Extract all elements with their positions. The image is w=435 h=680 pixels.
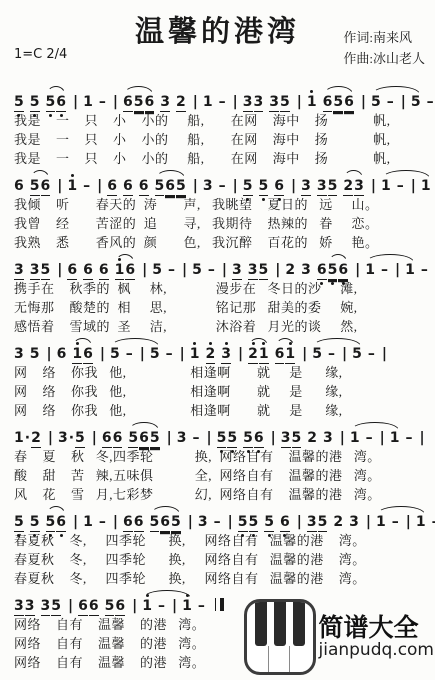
note: 1 bbox=[285, 347, 295, 364]
piano-keys-icon bbox=[244, 599, 316, 675]
note-group: 5 bbox=[152, 262, 168, 278]
notation-line: 5556|1–|66565|3–|5556|3523|1–|1–| bbox=[14, 504, 435, 531]
barline: | bbox=[382, 347, 387, 362]
slur-group: 1–|1 bbox=[381, 178, 435, 194]
note-group: | bbox=[166, 430, 177, 446]
note-group: – bbox=[193, 430, 206, 446]
lyric-row: 我熟 悉 香风的 颜 色, 我沉醉 百花的 娇 艳。 bbox=[14, 233, 435, 252]
note: 5 bbox=[328, 263, 338, 280]
note-group: | bbox=[56, 178, 67, 194]
note-group: 3 bbox=[177, 430, 193, 446]
note: 5 bbox=[46, 515, 56, 532]
note: 2 bbox=[206, 347, 216, 364]
slur-group: 21 bbox=[248, 346, 275, 364]
note-group: | bbox=[370, 178, 381, 194]
note-group: 3 bbox=[349, 514, 365, 530]
note: 6 bbox=[323, 95, 333, 112]
sheet-music-page: 温馨的港湾 作词:南来风 作曲:冰山老人 1=C 2/4 5556|1–|656… bbox=[0, 0, 435, 680]
note: 3 bbox=[14, 347, 24, 362]
note-group: | bbox=[237, 346, 248, 362]
note-group: 1 bbox=[83, 94, 99, 110]
note-group: – bbox=[219, 94, 232, 110]
score-system: 335|66616|5–|5–|335|23656|1–|1–|携手在 秋季的 … bbox=[14, 252, 435, 336]
note: 6 bbox=[125, 263, 135, 280]
duration-dash: – bbox=[198, 599, 205, 614]
note: 6 bbox=[113, 431, 123, 448]
note-group: | bbox=[339, 430, 350, 446]
duration-dash: – bbox=[219, 179, 226, 194]
slur-group: 61 bbox=[275, 346, 302, 364]
barline: | bbox=[228, 515, 233, 530]
piano-black-key bbox=[255, 600, 267, 646]
note: 1 bbox=[259, 347, 269, 364]
note: 1 bbox=[307, 95, 317, 110]
notation-line: 35|616|5–|5–|123|2161|5–|5–| bbox=[14, 336, 435, 363]
note: 1 bbox=[182, 599, 192, 614]
barline: | bbox=[188, 515, 193, 530]
barline: | bbox=[222, 263, 227, 278]
barline: | bbox=[340, 431, 345, 446]
lyric-row: 春夏秋 冬, 四季轮 换, 网络自有 温馨的港 湾。 bbox=[14, 531, 435, 550]
note: 6 bbox=[338, 263, 348, 280]
note: 3 bbox=[307, 515, 317, 532]
note-group: | bbox=[131, 598, 142, 614]
note: 2 bbox=[31, 431, 41, 448]
slur-group: 1–|1 bbox=[365, 262, 421, 278]
barline: | bbox=[140, 347, 145, 362]
note: 5 bbox=[259, 263, 269, 280]
note-group: | bbox=[47, 430, 58, 446]
note-group: | bbox=[290, 178, 301, 194]
note-group: | bbox=[141, 262, 152, 278]
note-group: 6 bbox=[123, 178, 139, 196]
note: 5 bbox=[249, 515, 259, 532]
note-group: – bbox=[427, 94, 435, 110]
note-group: – bbox=[166, 346, 179, 362]
note-group: | bbox=[232, 94, 243, 110]
barline: | bbox=[411, 179, 416, 194]
barline: | bbox=[275, 263, 280, 278]
note: 5 bbox=[150, 347, 160, 362]
duration-dash: – bbox=[366, 431, 373, 446]
note: 3 bbox=[281, 431, 291, 448]
note-group: | bbox=[274, 262, 285, 278]
note: 1 bbox=[421, 179, 431, 194]
duration-dot: · bbox=[69, 431, 74, 446]
note-group: 5 bbox=[30, 514, 46, 532]
note-group: | bbox=[301, 346, 312, 362]
note-group: | bbox=[181, 262, 192, 278]
note: 6 bbox=[115, 599, 125, 616]
duration-dash: – bbox=[214, 515, 221, 530]
note: 6 bbox=[107, 179, 117, 196]
barline: | bbox=[271, 431, 276, 446]
note: 6 bbox=[102, 431, 112, 448]
note: 5 bbox=[134, 95, 144, 112]
note: 2 bbox=[333, 515, 343, 530]
note-group: | bbox=[360, 94, 371, 110]
note: 1 bbox=[115, 263, 125, 280]
note-group: | bbox=[72, 514, 83, 530]
note: 3 bbox=[269, 95, 279, 112]
slur-group: 565 bbox=[128, 430, 165, 448]
note: 2 bbox=[248, 347, 258, 364]
note: 5 bbox=[150, 431, 160, 448]
note: 3 bbox=[323, 431, 333, 446]
barline: | bbox=[361, 95, 366, 110]
note: 5 bbox=[352, 347, 362, 362]
note-group: 6 bbox=[57, 346, 73, 362]
duration-dash: – bbox=[421, 263, 428, 278]
barline: | bbox=[132, 599, 137, 614]
barline: | bbox=[238, 347, 243, 362]
note: 3 bbox=[198, 515, 208, 530]
score-systems: 5556|1–|65632|1–|3335|1656|5–|5–|我是 一 只 … bbox=[0, 84, 435, 672]
note: 5 bbox=[51, 599, 61, 616]
note-group: 55 bbox=[238, 514, 265, 532]
duration-dash: – bbox=[328, 347, 335, 362]
note: 5 bbox=[30, 95, 40, 112]
duration-dash: – bbox=[83, 179, 90, 194]
note: 1 bbox=[142, 599, 152, 614]
note: 1 bbox=[72, 347, 82, 364]
note-group: | bbox=[99, 346, 110, 362]
duration-dash: – bbox=[208, 263, 215, 278]
duration-dash: – bbox=[387, 95, 394, 110]
note-group: 3 bbox=[301, 262, 317, 278]
note-group: 6 bbox=[139, 178, 155, 196]
note: 6 bbox=[57, 347, 67, 362]
duration-dash: – bbox=[432, 515, 435, 530]
note-group: | bbox=[112, 94, 123, 110]
note-group: 56 bbox=[243, 430, 270, 448]
slur-group: 56 bbox=[30, 178, 57, 196]
note: 2 bbox=[307, 431, 317, 446]
note-group: | bbox=[91, 430, 102, 446]
note: 6 bbox=[275, 347, 285, 364]
note-group: 3 bbox=[160, 94, 176, 112]
site-name: 简谱大全 bbox=[319, 614, 435, 641]
note-group: | bbox=[179, 346, 190, 362]
lyric-row: 我是 一 只 小 小的 船, 在网 海中 扬 帆, bbox=[14, 111, 435, 130]
note-group: | bbox=[381, 346, 392, 362]
note: 6 bbox=[165, 179, 175, 196]
note-group: 66 bbox=[102, 430, 129, 448]
note-group: 2 bbox=[285, 262, 301, 278]
note: 6 bbox=[123, 95, 133, 112]
barline: | bbox=[182, 263, 187, 278]
composer-credit: 作曲:冰山老人 bbox=[343, 48, 425, 69]
barline: | bbox=[193, 179, 198, 194]
note-group: 55 bbox=[217, 430, 244, 448]
lyric-row: 网 络 你我 他, 相逢啊 就 是 缘, bbox=[14, 363, 435, 382]
lyricist-credit: 作词:南来风 bbox=[343, 27, 425, 48]
duration-dash: – bbox=[193, 431, 200, 446]
note: 1 bbox=[83, 515, 93, 530]
note-group: – bbox=[421, 262, 434, 278]
slur-group: 565 bbox=[150, 514, 187, 532]
note-group: 5 bbox=[14, 514, 30, 532]
note-group: 1·2 bbox=[14, 430, 47, 448]
note: 6 bbox=[83, 347, 93, 364]
piano-key-divider bbox=[268, 646, 270, 674]
site-logo: 简谱大全 jianpudq.com bbox=[244, 599, 435, 675]
note: 1 bbox=[381, 179, 391, 194]
note-group: – bbox=[214, 514, 227, 530]
note: 6 bbox=[123, 179, 133, 196]
lyric-row: 我曾 经 苦涩的 追 寻, 我期待 热辣的 眷 恋。 bbox=[14, 214, 435, 233]
note: 1 bbox=[405, 263, 415, 278]
note-group: | bbox=[270, 430, 281, 446]
note-group: 5 bbox=[14, 94, 30, 112]
note: 6 bbox=[14, 179, 24, 194]
note: 1 bbox=[14, 431, 24, 446]
note-group: 35 bbox=[248, 262, 275, 280]
duration-dash: – bbox=[406, 431, 413, 446]
note-group: – bbox=[99, 94, 112, 110]
barline: | bbox=[193, 95, 198, 110]
note: 3 bbox=[14, 263, 24, 280]
note-group: – bbox=[83, 178, 96, 194]
note: 5 bbox=[41, 263, 51, 280]
note: 5 bbox=[238, 515, 248, 532]
note: 3 bbox=[349, 515, 359, 530]
barline: | bbox=[380, 431, 385, 446]
barline: | bbox=[57, 263, 62, 278]
note-group: 6 bbox=[99, 262, 115, 280]
note: 1 bbox=[390, 431, 400, 446]
lyric-row: 我是 一 只 小 小的 船, 在网 海中 扬 帆, bbox=[14, 130, 435, 149]
piano-key-divider bbox=[289, 646, 291, 674]
note-group: | bbox=[221, 262, 232, 278]
note-group: 3 bbox=[232, 262, 248, 280]
note-group: 3·5 bbox=[58, 430, 91, 448]
note-group: 5 bbox=[243, 178, 259, 196]
note-group: 5 bbox=[259, 178, 275, 196]
score-system: 5556|1–|65632|1–|3335|1656|5–|5–|我是 一 只 … bbox=[14, 84, 435, 168]
note: 1 bbox=[83, 95, 93, 110]
barline: | bbox=[366, 515, 371, 530]
barline: | bbox=[207, 431, 212, 446]
note: 5 bbox=[46, 95, 56, 112]
lyric-row: 我倾 听 春天的 涛 声, 我眺望 夏日的 远 山。 bbox=[14, 195, 435, 214]
score-system: 5556|1–|66565|3–|5556|3523|1–|1–|春夏秋 冬, … bbox=[14, 504, 435, 588]
barline: | bbox=[233, 179, 238, 194]
note: 2 bbox=[343, 179, 353, 196]
lyric-row: 网 络 你我 他, 相逢啊 就 是 缘, bbox=[14, 401, 435, 420]
slur-group: 1–|1 bbox=[350, 430, 406, 446]
note-group: | bbox=[227, 514, 238, 530]
key-signature: 1=C 2/4 bbox=[14, 47, 67, 62]
note-group: | bbox=[112, 514, 123, 530]
notation-line: 1·2|3·5|66565|3–|5556|3523|1–|1–| bbox=[14, 420, 435, 447]
note: 5 bbox=[243, 431, 253, 448]
slur-group: 56 bbox=[328, 262, 355, 280]
score-system: 1·2|3·5|66565|3–|5556|3523|1–|1–|春 夏 秋 冬… bbox=[14, 420, 435, 504]
note-group: 5 bbox=[192, 262, 208, 278]
note: 5 bbox=[259, 179, 269, 196]
barline: | bbox=[371, 179, 376, 194]
duration-dash: – bbox=[381, 263, 388, 278]
barline: | bbox=[97, 179, 102, 194]
barline: | bbox=[100, 347, 105, 362]
note-group: – bbox=[406, 430, 419, 446]
note-group: | bbox=[365, 514, 376, 530]
lyric-row: 携手在 秋季的 枫 林, 漫步在 冬日的沙 滩, bbox=[14, 279, 435, 298]
slur-group: 16 bbox=[115, 262, 142, 280]
note-group: 6 bbox=[14, 178, 30, 194]
note-group: 33 bbox=[14, 598, 41, 616]
note: 5 bbox=[30, 515, 40, 532]
note: 5 bbox=[227, 431, 237, 448]
note: 5 bbox=[192, 263, 202, 278]
note: 6 bbox=[139, 431, 149, 448]
note-group: | bbox=[296, 514, 307, 530]
note: 6 bbox=[99, 263, 109, 280]
duration-dash: – bbox=[392, 515, 399, 530]
note-group: 3 bbox=[198, 514, 214, 530]
slur-group: 656 bbox=[323, 94, 360, 112]
note: 6 bbox=[274, 179, 284, 196]
slur-group: 5–|5 bbox=[312, 346, 368, 362]
slur-group: 23 bbox=[343, 178, 370, 196]
site-url: jianpudq.com bbox=[319, 641, 435, 660]
note-group: – bbox=[368, 346, 381, 362]
lyric-row: 春夏秋 冬, 四季轮 换, 网络自有 温馨的港 湾。 bbox=[14, 550, 435, 569]
barline: | bbox=[47, 347, 52, 362]
note-group: 2 bbox=[333, 514, 349, 530]
note-group: 2 bbox=[206, 346, 222, 364]
piano-black-key bbox=[293, 600, 305, 646]
note-group: 2 bbox=[307, 430, 323, 446]
barline: | bbox=[113, 95, 118, 110]
notation-line: 656|1–|666565|3–|556|33523|1–|1–| bbox=[14, 168, 435, 195]
duration-dash: – bbox=[166, 347, 173, 362]
note-group: 35 bbox=[30, 262, 57, 280]
note: 5 bbox=[328, 179, 338, 196]
barline: | bbox=[68, 599, 73, 614]
note-group: | bbox=[187, 514, 198, 530]
note: 3 bbox=[30, 263, 40, 280]
note-group: | bbox=[354, 262, 365, 278]
note-group: | bbox=[56, 262, 67, 278]
note-group: 6 bbox=[317, 262, 328, 280]
note: 1 bbox=[190, 347, 200, 362]
note-group: 35 bbox=[269, 94, 296, 112]
barline: | bbox=[172, 599, 177, 614]
note-group: | bbox=[192, 94, 203, 110]
note-group: 3 bbox=[301, 178, 317, 196]
final-barline bbox=[215, 598, 224, 611]
barline: | bbox=[355, 263, 360, 278]
note: 3 bbox=[25, 599, 35, 616]
barline: | bbox=[113, 515, 118, 530]
note-group: 35 bbox=[317, 178, 344, 196]
note: 6 bbox=[67, 263, 77, 280]
barline: | bbox=[142, 263, 147, 278]
note: 5 bbox=[292, 431, 302, 448]
note: 6 bbox=[41, 179, 51, 196]
note: 1 bbox=[376, 515, 386, 530]
note: 3 bbox=[317, 179, 327, 196]
note: 5 bbox=[30, 347, 40, 362]
note: 5 bbox=[371, 95, 381, 110]
note: 3 bbox=[301, 179, 311, 196]
note-group: 1 bbox=[307, 94, 323, 110]
note: 5 bbox=[128, 431, 138, 448]
slur-group: 1–|1 bbox=[142, 598, 198, 614]
note-group: | bbox=[46, 346, 57, 362]
note-group: – bbox=[219, 178, 232, 194]
note: 3 bbox=[232, 263, 242, 280]
lyric-row: 感悟着 雪域的 圣 洁, 沐浴着 月光的谈 然, bbox=[14, 317, 435, 336]
lyric-row: 酸 甜 苦 辣,五味俱 全, 网络自有 温馨的港 湾。 bbox=[14, 466, 435, 485]
note-group: 35 bbox=[281, 430, 308, 448]
note: 6 bbox=[317, 263, 327, 280]
note: 3 bbox=[58, 431, 68, 446]
barline: | bbox=[420, 431, 425, 446]
note-group: 33 bbox=[243, 94, 270, 112]
lyric-row: 无悔那 酸楚的 相 思, 铭记那 甜美的委 婉, bbox=[14, 298, 435, 317]
note-group: 1 bbox=[190, 346, 206, 362]
note: 1 bbox=[365, 263, 375, 278]
note-group: | bbox=[232, 178, 243, 194]
barline: | bbox=[291, 179, 296, 194]
note: 5 bbox=[312, 347, 322, 362]
lyric-row: 风 花 雪 月,七彩梦 幻, 网络自有 温馨的港 湾。 bbox=[14, 485, 435, 504]
note: 6 bbox=[160, 515, 170, 532]
note-group: 66 bbox=[123, 514, 150, 532]
duration-dash: – bbox=[219, 95, 226, 110]
note: 5 bbox=[318, 515, 328, 532]
duration-dash: – bbox=[168, 263, 175, 278]
barline: | bbox=[73, 95, 78, 110]
note-group: | bbox=[419, 430, 430, 446]
note: 3 bbox=[221, 347, 231, 364]
slur-group: 56 bbox=[46, 514, 73, 532]
slur-group: 656 bbox=[123, 94, 160, 112]
note: 5 bbox=[152, 263, 162, 278]
note: 5 bbox=[176, 179, 186, 196]
note: 6 bbox=[123, 515, 133, 532]
duration-dash: – bbox=[126, 347, 133, 362]
note-group: | bbox=[67, 598, 78, 614]
notation-line: 335|66616|5–|5–|335|23656|1–|1–| bbox=[14, 252, 435, 279]
note: 5 bbox=[30, 179, 40, 196]
note-group: – bbox=[168, 262, 181, 278]
note-group: 5 bbox=[264, 514, 280, 532]
note-group: 66 bbox=[78, 598, 105, 616]
note: 5 bbox=[155, 179, 165, 196]
duration-dash: – bbox=[158, 599, 165, 614]
barline: | bbox=[342, 347, 347, 362]
credits-block: 作词:南来风 作曲:冰山老人 bbox=[343, 27, 425, 69]
note: 3 bbox=[254, 95, 264, 112]
score-system: 35|616|5–|5–|123|2161|5–|5–|网 络 你我 他, 相逢… bbox=[14, 336, 435, 420]
note-group: 3 bbox=[203, 178, 219, 194]
barline: | bbox=[401, 95, 406, 110]
note: 6 bbox=[145, 95, 155, 112]
lyric-row: 春夏秋 冬, 四季轮 换, 网络自有 温馨的港 湾。 bbox=[14, 569, 435, 588]
slur-group: 565 bbox=[155, 178, 192, 196]
note: 1 bbox=[350, 431, 360, 446]
score-system: 656|1–|666565|3–|556|33523|1–|1–|我倾 听 春天… bbox=[14, 168, 435, 252]
note: 3 bbox=[160, 95, 170, 112]
note-group: 6 bbox=[67, 262, 83, 280]
note: 5 bbox=[14, 515, 24, 532]
note: 3 bbox=[177, 431, 187, 446]
note-group: 2 bbox=[176, 94, 192, 112]
